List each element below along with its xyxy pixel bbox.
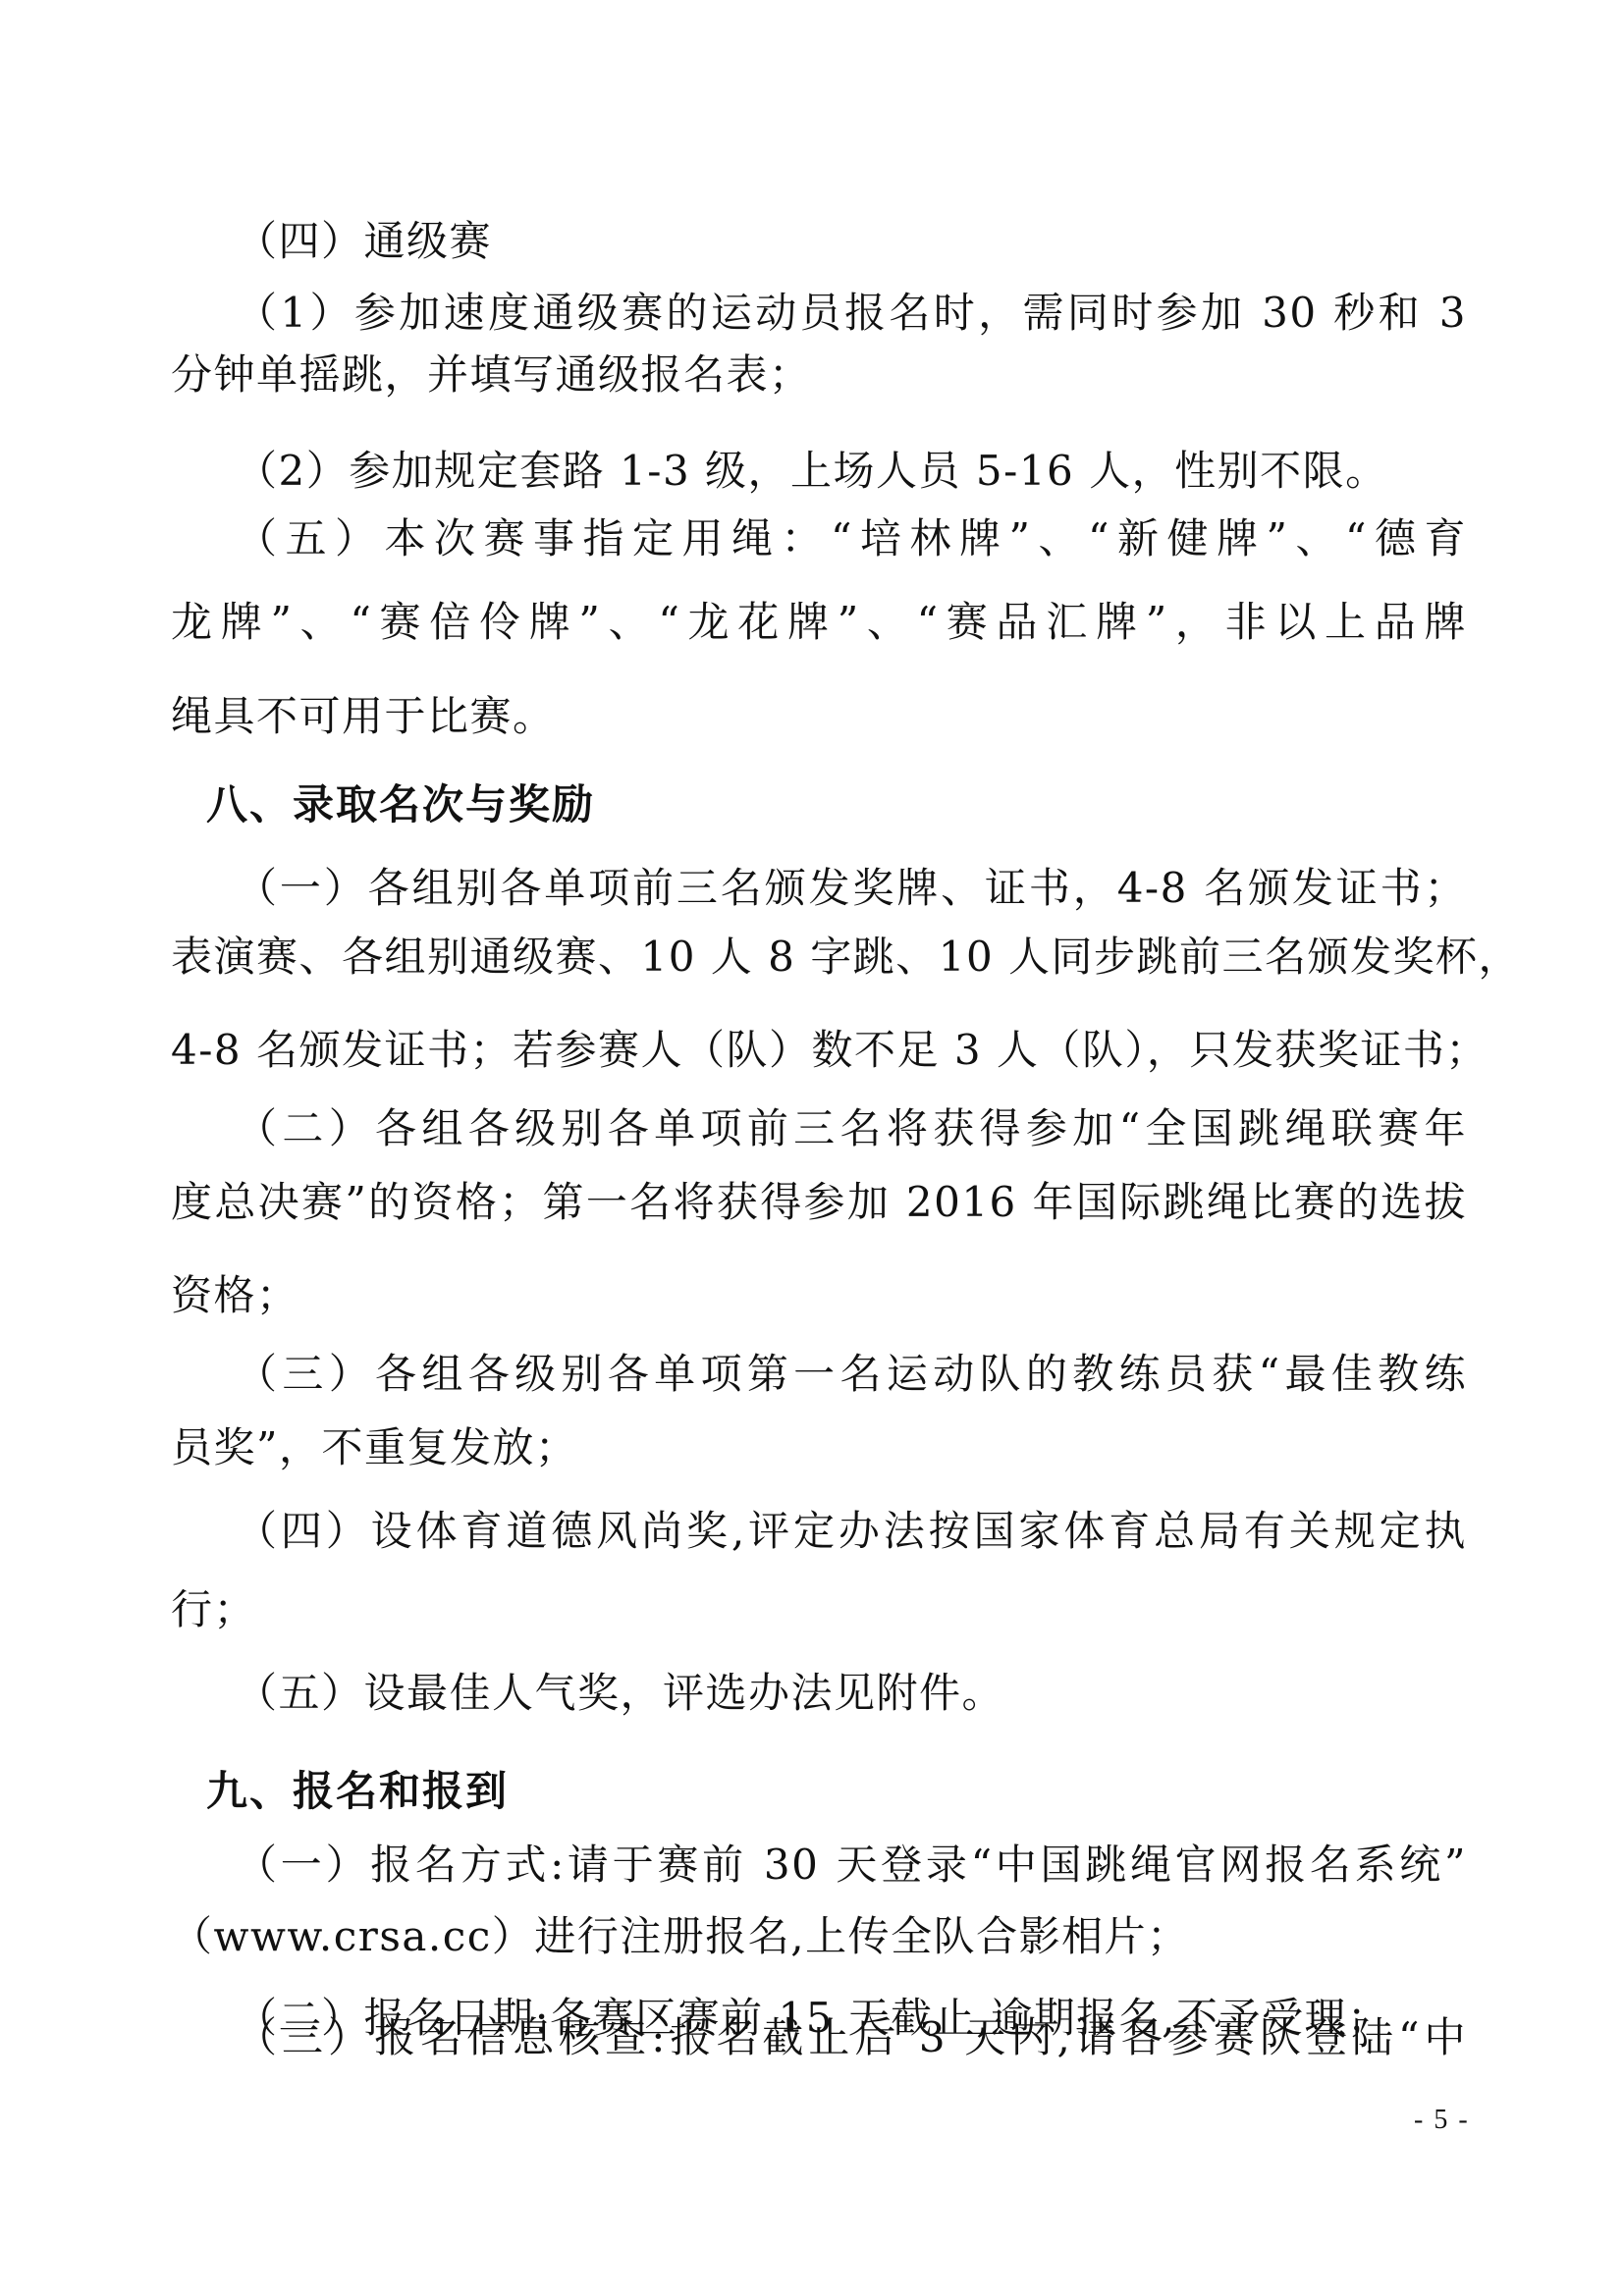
paragraph-line: （二）各组各级别各单项前三名将获得参加“全国跳绳联赛年 xyxy=(236,1099,1467,1158)
document-page: （四）通级赛 （1）参加速度通级赛的运动员报名时，需同时参加 30 秒和 3 分… xyxy=(0,0,1624,2296)
paragraph-line: 分钟单摇跳，并填写通级报名表； xyxy=(171,346,1467,404)
paragraph-line: （一）各组别各单项前三名颁发奖牌、证书，4-8 名颁发证书； xyxy=(236,859,1467,918)
paragraph-line: （2）参加规定套路 1-3 级，上场人员 5-16 人，性别不限。 xyxy=(236,442,1467,501)
subsection-heading-4-tiered-competition: （四）通级赛 xyxy=(236,212,1467,271)
paragraph-line: 资格； xyxy=(171,1266,1467,1325)
paragraph-line: （五）本次赛事指定用绳：“培林牌”、“新健牌”、“德育 xyxy=(236,509,1467,568)
paragraph-line: 4-8 名颁发证书；若参赛人（队）数不足 3 人（队），只发获奖证书； xyxy=(171,1021,1467,1080)
paragraph-line: 龙牌”、“赛倍伶牌”、“龙花牌”、“赛品汇牌”，非以上品牌 xyxy=(171,593,1467,652)
paragraph-line: （三）各组各级别各单项第一名运动队的教练员获“最佳教练 xyxy=(236,1345,1467,1404)
paragraph-line: （1）参加速度通级赛的运动员报名时，需同时参加 30 秒和 3 xyxy=(236,284,1467,343)
paragraph-line-with-url: （www.crsa.cc）进行注册报名,上传全队合影相片； xyxy=(171,1907,1467,1966)
paragraph-line: 员奖”，不重复发放； xyxy=(171,1418,1467,1477)
paragraph-line: （四）设体育道德风尚奖,评定办法按国家体育总局有关规定执 xyxy=(236,1502,1467,1561)
paragraph-line: （五）设最佳人气奖，评选办法见附件。 xyxy=(236,1664,1467,1723)
paragraph-line: 绳具不可用于比赛。 xyxy=(171,687,1467,746)
section-heading-8-rankings-awards: 八、录取名次与奖励 xyxy=(206,775,1502,834)
paragraph-line: （三）报名信息核查:报名截止后 3 天内,请各参赛队登陆“中 xyxy=(236,2008,1467,2067)
paragraph-line: 行； xyxy=(171,1580,1467,1639)
paragraph-line: （一）报名方式:请于赛前 30 天登录“中国跳绳官网报名系统” xyxy=(236,1836,1467,1895)
paragraph-line: 表演赛、各组别通级赛、10 人 8 字跳、10 人同步跳前三名颁发奖杯， xyxy=(171,928,1467,987)
page-number: - 5 - xyxy=(1414,2101,1470,2140)
paragraph-line: 度总决赛”的资格；第一名将获得参加 2016 年国际跳绳比赛的选拔 xyxy=(171,1173,1467,1232)
section-heading-9-registration: 九、报名和报到 xyxy=(206,1762,1502,1821)
